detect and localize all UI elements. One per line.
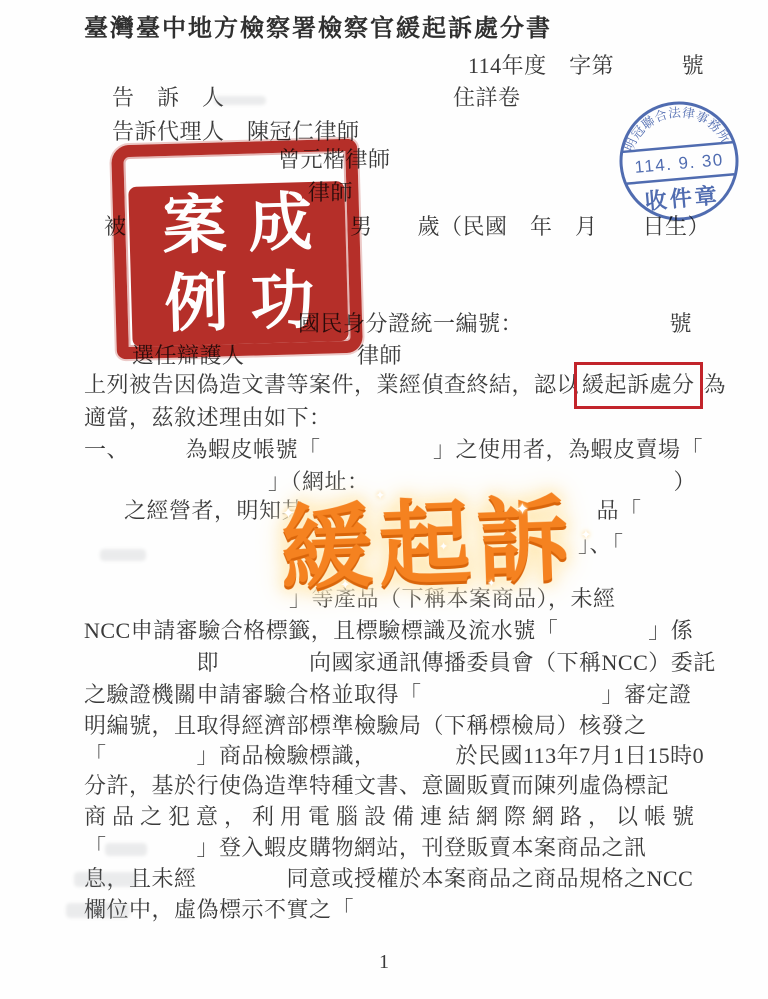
sparkle-icon: ✦ — [487, 578, 496, 589]
sparkle-icon: ✦ — [580, 527, 591, 543]
ink-bleed-smudge — [214, 96, 266, 105]
sparkle-icon: ✦ — [340, 577, 351, 592]
page-number: 1 — [0, 951, 768, 974]
document-page: 臺灣臺中地方檢察署檢察官緩起訴處分書 114年度 字第 號 告 訴 人 住詳卷 … — [0, 0, 768, 999]
stamp-date: 114. 9. 30 — [634, 150, 725, 177]
complainant-label: 告 訴 人 — [112, 84, 225, 112]
case-number: 114年度 字第 號 — [468, 52, 704, 80]
sparkle-icon: ✦ — [375, 488, 386, 503]
receipt-stamp-graphic: 明冠聯合法律事務所 114. 9. 30 收件章 — [606, 88, 751, 233]
body-line: 之驗證機關申請審驗合格並取得「 」審定證 — [84, 681, 692, 709]
receipt-date-stamp: 明冠聯合法律事務所 114. 9. 30 收件章 — [606, 88, 751, 233]
seal-row-1: 案成 — [128, 183, 346, 267]
body-line: 分許，基於行使偽造準特種文書、意圖販賣而陳列虛偽標記 — [84, 772, 669, 800]
complainant-address: 住詳卷 — [453, 84, 521, 112]
intro-line: 上列被告因偽造文書等案件，業經偵查終結，認以緩起訴處分為 — [84, 371, 726, 399]
intro-pre: 上列被告因偽造文書等案件，業經偵查終結，認以 — [84, 372, 579, 397]
body-line: 「 」商品檢驗標識， 於民國113年7月1日15時0 — [84, 742, 704, 770]
sparkle-icon: ✦ — [439, 540, 449, 553]
body-line: NCC申請審驗合格標籤，且標驗標識及流水號「 」係 — [84, 617, 693, 645]
seal-inner: 案成 例功 — [128, 181, 348, 347]
sparkle-icon: ✦ — [515, 499, 529, 519]
success-case-seal-stamp: 案成 例功 — [111, 139, 363, 360]
body-line: 息，且未經 同意或授權於本案商品之商品規格之NCC — [84, 865, 693, 893]
body-line: 商品之犯意，利用電腦設備連結網際網路，以帳號 — [84, 803, 700, 831]
body-line: 明編號，且取得經濟部標準檢驗局（下稱標檢局）核發之 — [84, 712, 647, 740]
body-line: 即 向國家通訊傳播委員會（下稱NCC）委託 — [84, 649, 716, 677]
ink-bleed-smudge — [74, 872, 138, 887]
sparkle-icon: ✦ — [281, 503, 295, 523]
body-line: 適當，茲敘述理由如下： — [84, 404, 332, 432]
ink-bleed-smudge — [105, 843, 147, 856]
ink-bleed-smudge — [66, 903, 130, 918]
deferred-prosecution-highlight-box: 緩起訴處分 — [574, 362, 703, 409]
intro-post: 為 — [704, 372, 727, 397]
deferred-prosecution-overlay: 緩起訴 ✦ ✦ ✦ ✦ ✦ ✦ ✦ — [279, 482, 613, 613]
body-line: 一、 為蝦皮帳號「 」之使用者，為蝦皮賣場「 — [84, 436, 703, 464]
body-line: 「 」登入蝦皮購物網站，刊登販賣本案商品之訊 — [84, 834, 647, 862]
seal-row-2: 例功 — [130, 261, 348, 345]
ink-bleed-smudge — [100, 549, 146, 561]
document-title: 臺灣臺中地方檢察署檢察官緩起訴處分書 — [84, 14, 552, 44]
